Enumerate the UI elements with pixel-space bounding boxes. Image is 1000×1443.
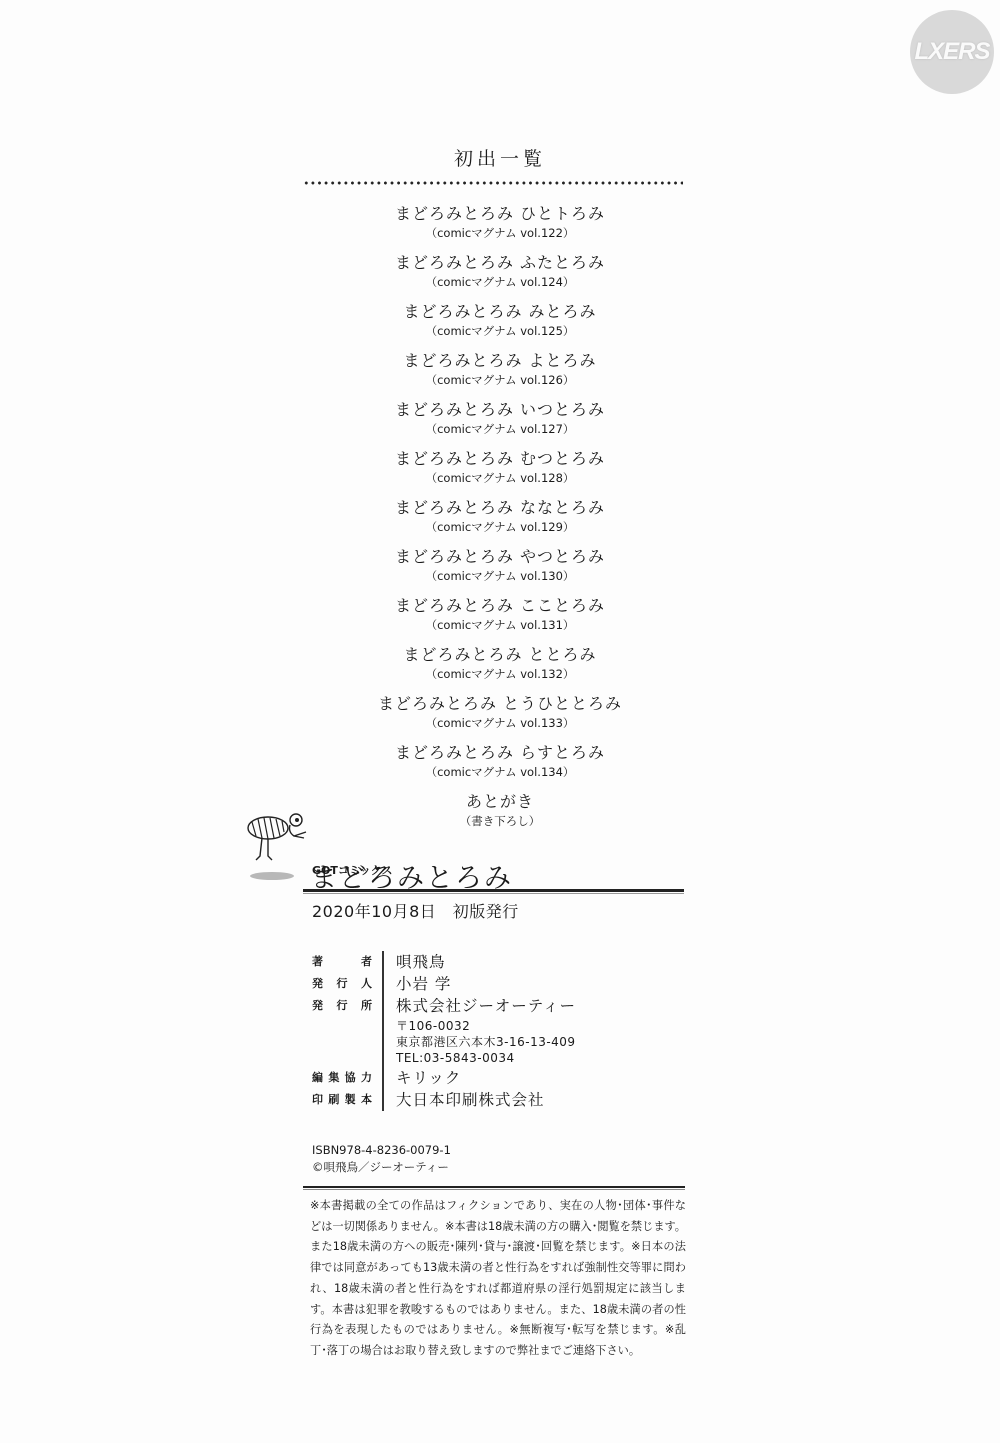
entry-source: （comicマグナム vol.124）	[0, 274, 1000, 291]
list-item: まどろみとろみ やつとろみ（comicマグナム vol.130）	[0, 546, 1000, 595]
phone-number: TEL:03-5843-0034	[396, 1050, 576, 1066]
entry-title: まどろみとろみ とうひととろみ	[0, 693, 1000, 715]
entry-title: あとがき	[0, 791, 1000, 813]
legal-notice: ※本書掲載の全ての作品はフィクションであり、実在の人物･団体･事件などは一切関係…	[310, 1196, 686, 1362]
divider-rule	[303, 1186, 685, 1188]
divider-rule-thin	[303, 1189, 685, 1190]
credit-label: 著者	[312, 951, 384, 973]
list-item: まどろみとろみ ななとろみ（comicマグナム vol.129）	[0, 497, 1000, 546]
list-item: あとがき（書き下ろし）	[0, 791, 1000, 840]
entry-title: まどろみとろみ こことろみ	[0, 595, 1000, 617]
isbn: ISBN978-4-8236-0079-1	[312, 1142, 451, 1159]
publication-date: 2020年10月8日 初版発行	[312, 899, 519, 922]
list-item: まどろみとろみ らすとろみ（comicマグナム vol.134）	[0, 742, 1000, 791]
entry-title: まどろみとろみ よとろみ	[0, 350, 1000, 372]
list-item: まどろみとろみ よとろみ（comicマグナム vol.126）	[0, 350, 1000, 399]
credit-row-editorial: 編集協力 キリック	[312, 1067, 576, 1089]
address-block: 〒106-0032 東京都港区六本木3-16-13-409 TEL:03-584…	[312, 1017, 576, 1067]
entry-title: まどろみとろみ いつとろみ	[0, 399, 1000, 421]
contents-list: まどろみとろみ ひとトろみ（comicマグナム vol.122） まどろみとろみ…	[0, 203, 1000, 840]
credit-value: 唄飛鳥	[384, 951, 446, 973]
entry-source: （comicマグナム vol.127）	[0, 421, 1000, 438]
entry-source: （comicマグナム vol.125）	[0, 323, 1000, 340]
entry-title: まどろみとろみ ひとトろみ	[0, 203, 1000, 225]
credit-label: 発行人	[312, 973, 384, 995]
list-item: まどろみとろみ ととろみ（comicマグナム vol.132）	[0, 644, 1000, 693]
entry-source: （comicマグナム vol.122）	[0, 225, 1000, 242]
credit-label: 印刷製本	[312, 1089, 384, 1111]
list-item: まどろみとろみ いつとろみ（comicマグナム vol.127）	[0, 399, 1000, 448]
entry-source: （comicマグナム vol.128）	[0, 470, 1000, 487]
watermark-text: LXERS	[914, 38, 989, 66]
entry-title: まどろみとろみ ととろみ	[0, 644, 1000, 666]
dotted-divider	[303, 181, 683, 185]
credit-value: 株式会社ジーオーティー	[384, 995, 576, 1017]
credit-value: キリック	[384, 1067, 461, 1089]
list-item: まどろみとろみ むつとろみ（comicマグナム vol.128）	[0, 448, 1000, 497]
entry-title: まどろみとろみ むつとろみ	[0, 448, 1000, 470]
bird-illustration-icon	[244, 808, 314, 888]
entry-source: （comicマグナム vol.131）	[0, 617, 1000, 634]
list-item: まどろみとろみ ひとトろみ（comicマグナム vol.122）	[0, 203, 1000, 252]
entry-title: まどろみとろみ らすとろみ	[0, 742, 1000, 764]
entry-source: （書き下ろし）	[0, 813, 1000, 830]
credit-label: 編集協力	[312, 1067, 384, 1089]
list-item: まどろみとろみ こことろみ（comicマグナム vol.131）	[0, 595, 1000, 644]
entry-source: （comicマグナム vol.129）	[0, 519, 1000, 536]
credit-row-publisher: 発行所 株式会社ジーオーティー	[312, 995, 576, 1017]
watermark-logo: LXERS	[910, 10, 994, 94]
list-item: まどろみとろみ とうひととろみ（comicマグナム vol.133）	[0, 693, 1000, 742]
credit-row-author: 著者 唄飛鳥	[312, 951, 576, 973]
credit-label: 発行所	[312, 995, 384, 1017]
street-address: 東京都港区六本木3-16-13-409	[396, 1034, 576, 1050]
isbn-block: ISBN978-4-8236-0079-1 ©唄飛鳥／ジーオーティー	[312, 1142, 451, 1176]
credits-block: 著者 唄飛鳥 発行人 小岩 学 発行所 株式会社ジーオーティー 〒106-003…	[312, 951, 576, 1111]
entry-title: まどろみとろみ みとろみ	[0, 301, 1000, 323]
postal-code: 〒106-0032	[396, 1018, 576, 1034]
divider-rule	[303, 889, 684, 892]
credit-row-publisher-person: 発行人 小岩 学	[312, 973, 576, 995]
entry-title: まどろみとろみ ふたとろみ	[0, 252, 1000, 274]
entry-source: （comicマグナム vol.130）	[0, 568, 1000, 585]
entry-source: （comicマグナム vol.134）	[0, 764, 1000, 781]
credit-value: 小岩 学	[384, 973, 451, 995]
entry-source: （comicマグナム vol.133）	[0, 715, 1000, 732]
copyright: ©唄飛鳥／ジーオーティー	[312, 1159, 451, 1176]
entry-source: （comicマグナム vol.126）	[0, 372, 1000, 389]
list-item: まどろみとろみ みとろみ（comicマグナム vol.125）	[0, 301, 1000, 350]
credit-value: 大日本印刷株式会社	[384, 1089, 545, 1111]
list-item: まどろみとろみ ふたとろみ（comicマグナム vol.124）	[0, 252, 1000, 301]
credit-row-printer: 印刷製本 大日本印刷株式会社	[312, 1089, 576, 1111]
divider-rule-thin	[303, 893, 684, 894]
contents-heading: 初出一覧	[0, 144, 1000, 171]
entry-source: （comicマグナム vol.132）	[0, 666, 1000, 683]
entry-title: まどろみとろみ やつとろみ	[0, 546, 1000, 568]
entry-title: まどろみとろみ ななとろみ	[0, 497, 1000, 519]
